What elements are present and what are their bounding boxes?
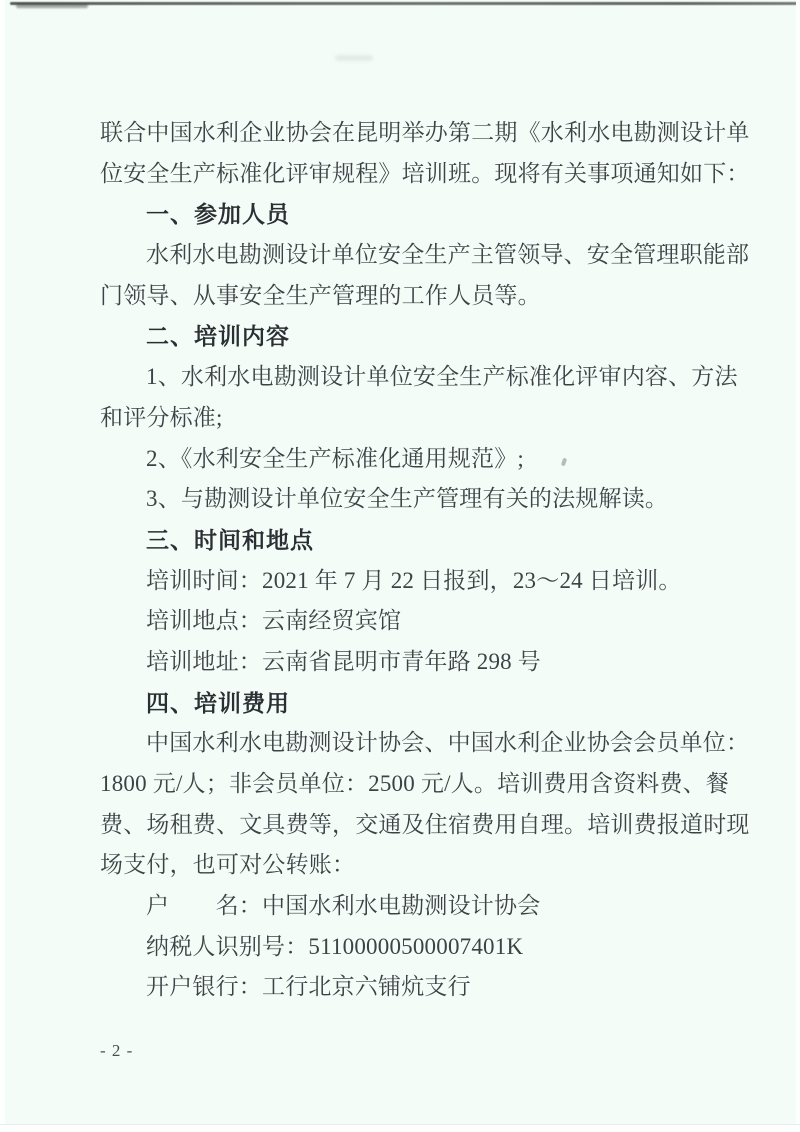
page-number: - 2 - — [100, 1041, 133, 1061]
body-text-line: 和评分标准; — [100, 398, 762, 439]
document-body: 联合中国水利企业协会在昆明举办第二期《水利水电勘测设计单 位安全生产标准化评审规… — [100, 113, 762, 1008]
body-text-line: 中国水利水电勘测设计协会、中国水利企业协会会员单位： — [100, 723, 762, 764]
body-text-line: 费、场租费、文具费等，交通及住宿费用自理。培训费报道时现 — [100, 805, 762, 846]
account-name-line: 户 名：中国水利水电勘测设计协会 — [100, 886, 762, 927]
page-edge-right — [796, 0, 800, 1132]
body-text-line: 场支付，也可对公转账： — [100, 845, 762, 886]
training-venue-line: 培训地点：云南经贸宾馆 — [100, 601, 762, 642]
body-text-line: 联合中国水利企业协会在昆明举办第二期《水利水电勘测设计单 — [100, 113, 762, 154]
body-text-line: 水利水电勘测设计单位安全生产主管领导、安全管理职能部 — [100, 235, 762, 276]
training-address-line: 培训地址：云南省昆明市青年路 298 号 — [100, 642, 762, 683]
body-text-line: 2、《水利安全生产标准化通用规范》; — [100, 439, 762, 480]
body-text-line: 1、水利水电勘测设计单位安全生产标准化评审内容、方法 — [100, 357, 762, 398]
page-edge-left — [0, 0, 5, 1132]
body-text-line: 位安全生产标准化评审规程》培训班。现将有关事项通知如下： — [100, 154, 762, 195]
page-edge-bottom — [0, 1124, 800, 1132]
body-text-line: 3、与勘测设计单位安全生产管理有关的法规解读。 — [100, 479, 762, 520]
section-heading-participants: 一、参加人员 — [100, 194, 762, 235]
body-text-line: 门领导、从事安全生产管理的工作人员等。 — [100, 276, 762, 317]
section-heading-training-content: 二、培训内容 — [100, 316, 762, 357]
scan-top-blob-artifact — [16, 4, 88, 8]
training-time-line: 培训时间：2021 年 7 月 22 日报到，23～24 日培训。 — [100, 561, 762, 602]
body-text-line: 1800 元/人；非会员单位：2500 元/人。培训费用含资料费、餐 — [100, 764, 762, 805]
document-page: 联合中国水利企业协会在昆明举办第二期《水利水电勘测设计单 位安全生产标准化评审规… — [0, 0, 800, 1132]
scan-top-edge-artifact — [10, 2, 798, 5]
section-heading-fees: 四、培训费用 — [100, 683, 762, 724]
scan-smudge-artifact — [335, 55, 373, 61]
taxpayer-id-line: 纳税人识别号：51100000500007401K — [100, 927, 762, 968]
bank-name-line: 开户银行：工行北京六铺炕支行 — [100, 967, 762, 1008]
section-heading-time-location: 三、时间和地点 — [100, 520, 762, 561]
